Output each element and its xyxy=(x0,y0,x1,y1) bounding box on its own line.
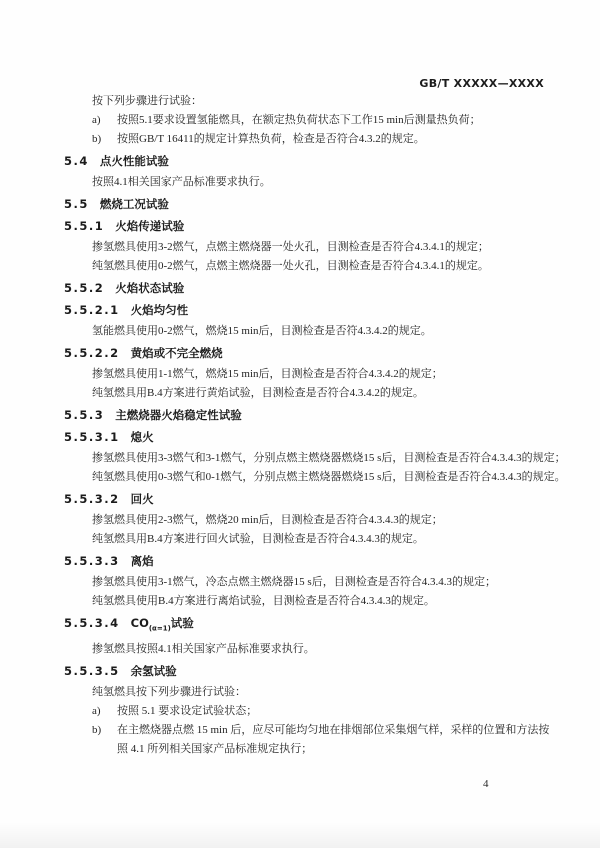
list-item: a) 按照5.1要求设置氢能燃具，在额定热负荷状态下工作15 min后测量热负荷… xyxy=(92,111,560,130)
section-heading: 5.5.3主燃烧器火焰稳定性试验 xyxy=(64,406,560,425)
section-heading: 5.5.3.3离焰 xyxy=(64,552,560,571)
section-title: 余氢试验 xyxy=(131,664,177,678)
co-subscript: (α=1) xyxy=(149,624,171,632)
section-heading: 5.4点火性能试验 xyxy=(64,152,560,171)
section-heading: 5.5.3.2回火 xyxy=(64,490,560,509)
section-heading: 5.5.2.2黄焰或不完全燃烧 xyxy=(64,344,560,363)
section-number: 5.5.2.1 xyxy=(64,303,120,317)
document-body: 按下列步骤进行试验： a) 按照5.1要求设置氢能燃具，在额定热负荷状态下工作1… xyxy=(64,92,560,759)
paragraph: 掺氢燃具使用3-2燃气，点燃主燃烧器一处火孔，目测检查是否符合4.3.4.1的规… xyxy=(92,238,560,257)
section-number: 5.5.3 xyxy=(64,408,104,422)
section-title: CO(α=1)试验 xyxy=(131,616,194,630)
list-item-text: 按照 5.1 要求设定试验状态； xyxy=(117,702,560,721)
paragraph: 掺氢燃具使用3-1燃气，冷态点燃主燃烧器15 s后，目测检查是否符合4.3.4.… xyxy=(92,573,560,592)
list-item-text: 按照GB/T 16411的规定计算热负荷，检查是否符合4.3.2的规定。 xyxy=(117,130,560,149)
section-heading: 5.5.2火焰状态试验 xyxy=(64,279,560,298)
list-marker: a) xyxy=(92,702,117,721)
paragraph: 按照4.1相关国家产品标准要求执行。 xyxy=(92,173,560,192)
list-marker: b) xyxy=(92,721,117,759)
list-item: a) 按照 5.1 要求设定试验状态； xyxy=(92,702,560,721)
section-title: 离焰 xyxy=(131,554,154,568)
section-heading: 5.5.3.1熄火 xyxy=(64,428,560,447)
paragraph: 纯氢燃具用B.4方案进行回火试验，目测检查是否符合4.3.4.3的规定。 xyxy=(92,530,560,549)
section-title: 燃烧工况试验 xyxy=(100,197,169,211)
section-heading: 5.5.3.5余氢试验 xyxy=(64,662,560,681)
section-heading: 5.5.2.1火焰均匀性 xyxy=(64,301,560,320)
section-heading: 5.5燃烧工况试验 xyxy=(64,195,560,214)
paragraph: 掺氢燃具使用3-3燃气和3-1燃气，分别点燃主燃烧器燃烧15 s后，目测检查是否… xyxy=(92,449,560,468)
section-title: 黄焰或不完全燃烧 xyxy=(131,346,223,360)
paragraph: 掺氢燃具按照4.1相关国家产品标准要求执行。 xyxy=(92,640,560,659)
section-number: 5.5.3.3 xyxy=(64,554,120,568)
co-symbol: CO xyxy=(131,616,149,630)
list-marker: a) xyxy=(92,111,117,130)
list-item: b) 按照GB/T 16411的规定计算热负荷，检查是否符合4.3.2的规定。 xyxy=(92,130,560,149)
section-title: 熄火 xyxy=(131,430,154,444)
section-number: 5.5.2 xyxy=(64,281,104,295)
section-title: 点火性能试验 xyxy=(100,154,169,168)
section-title: 火焰均匀性 xyxy=(131,303,189,317)
paragraph: 掺氢燃具使用2-3燃气，燃烧20 min后，目测检查是否符合4.3.4.3的规定… xyxy=(92,511,560,530)
section-title: 回火 xyxy=(131,492,154,506)
section-number: 5.5.3.1 xyxy=(64,430,120,444)
list-item: b) 在主燃烧器点燃 15 min 后，应尽可能均匀地在排烟部位采集烟气样，采样… xyxy=(92,721,560,759)
paragraph: 按下列步骤进行试验： xyxy=(92,92,560,111)
list-item-text: 按照5.1要求设置氢能燃具，在额定热负荷状态下工作15 min后测量热负荷； xyxy=(117,111,560,130)
section-number: 5.5.1 xyxy=(64,219,104,233)
section-number: 5.5.3.2 xyxy=(64,492,120,506)
paragraph: 纯氢燃具用B.4方案进行黄焰试验，目测检查是否符合4.3.4.2的规定。 xyxy=(92,384,560,403)
section-number: 5.5.3.5 xyxy=(64,664,120,678)
paragraph: 纯氢燃具按下列步骤进行试验： xyxy=(92,683,560,702)
paragraph: 纯氢燃具使用0-2燃气，点燃主燃烧器一处火孔，目测检查是否符合4.3.4.1的规… xyxy=(92,257,560,276)
section-number: 5.5.3.4 xyxy=(64,616,120,630)
paragraph: 纯氢燃具使用B.4方案进行离焰试验，目测检查是否符合4.3.4.3的规定。 xyxy=(92,592,560,611)
section-number: 5.5 xyxy=(64,197,89,211)
section-title: 火焰状态试验 xyxy=(115,281,184,295)
section-title: 主燃烧器火焰稳定性试验 xyxy=(115,408,242,422)
page-number: 4 xyxy=(483,778,489,790)
section-number: 5.4 xyxy=(64,154,89,168)
co-test-label: 试验 xyxy=(171,616,194,630)
standard-code-header: GB/T XXXXX—XXXX xyxy=(419,77,544,90)
section-title: 火焰传递试验 xyxy=(115,219,184,233)
paragraph: 氢能燃具使用0-2燃气，燃烧15 min后，目测检查是否符4.3.4.2的规定。 xyxy=(92,322,560,341)
list-item-text: 在主燃烧器点燃 15 min 后，应尽可能均匀地在排烟部位采集烟气样，采样的位置… xyxy=(117,721,560,759)
paragraph: 纯氢燃具使用0-3燃气和0-1燃气，分别点燃主燃烧器燃烧15 s后，目测检查是否… xyxy=(92,468,560,487)
section-heading: 5.5.1火焰传递试验 xyxy=(64,217,560,236)
section-number: 5.5.2.2 xyxy=(64,346,120,360)
document-page: GB/T XXXXX—XXXX 按下列步骤进行试验： a) 按照5.1要求设置氢… xyxy=(0,0,600,848)
paragraph: 掺氢燃具使用1-1燃气，燃烧15 min后，目测检查是否符合4.3.4.2的规定… xyxy=(92,365,560,384)
section-heading-co-test: 5.5.3.4CO(α=1)试验 xyxy=(64,614,560,638)
list-marker: b) xyxy=(92,130,117,149)
